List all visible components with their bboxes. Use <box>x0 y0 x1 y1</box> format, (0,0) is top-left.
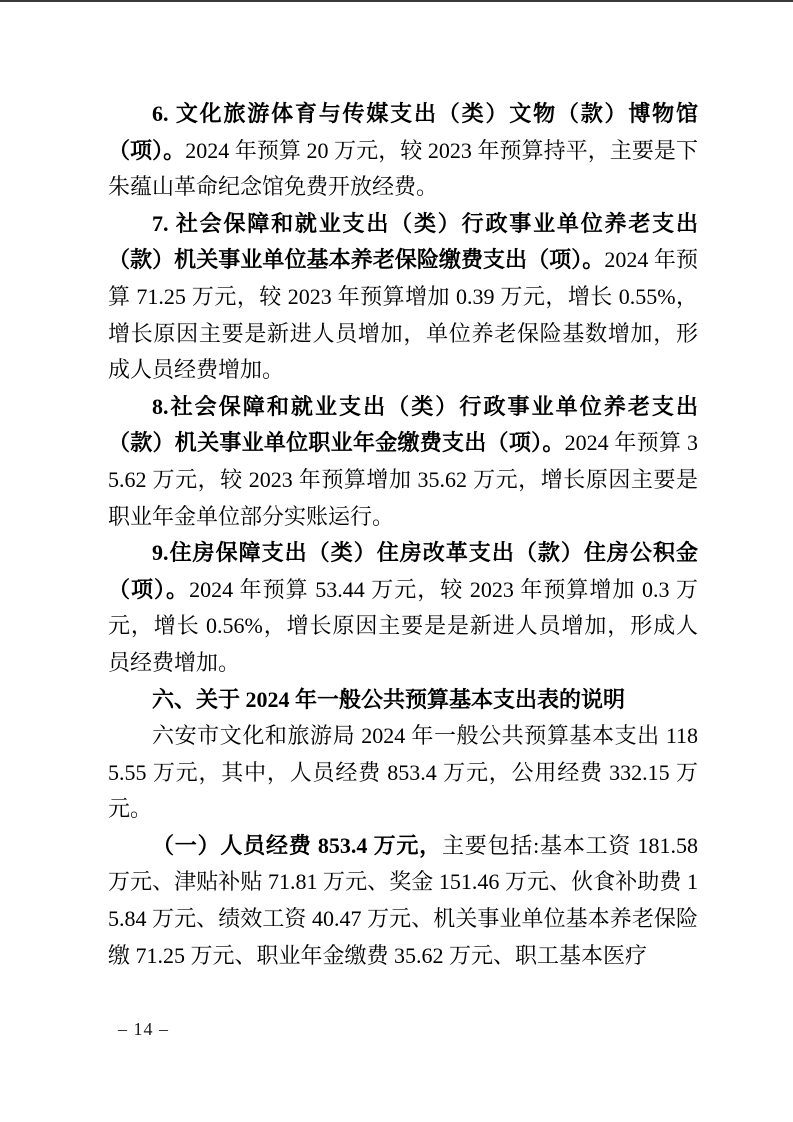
personnel-expense-heading: （一）人员经费 853.4 万元， <box>152 833 442 858</box>
document-body: 6. 文化旅游体育与传媒支出（类）文物（款）博物馆（项）。2024 年预算 20… <box>108 96 698 974</box>
basic-expenditure-intro-text: 六安市文化和旅游局 2024 年一般公共预算基本支出 1185.55 万元，其中… <box>108 723 698 821</box>
page-number: – 14 – <box>118 1018 169 1040</box>
section-heading-six-text: 六、关于 2024 年一般公共预算基本支出表的说明 <box>152 687 625 712</box>
page-top-border <box>0 0 793 2</box>
personnel-expense-detail: （一）人员经费 853.4 万元，主要包括:基本工资 181.58 万元、津贴补… <box>108 828 698 974</box>
section-heading-six: 六、关于 2024 年一般公共预算基本支出表的说明 <box>108 682 698 719</box>
budget-item-6: 6. 文化旅游体育与传媒支出（类）文物（款）博物馆（项）。2024 年预算 20… <box>108 96 698 206</box>
budget-item-8: 8.社会保障和就业支出（类）行政事业单位养老支出（款）机关事业单位职业年金缴费支… <box>108 389 698 535</box>
budget-item-9: 9.住房保障支出（类）住房改革支出（款）住房公积金（项）。2024 年预算 53… <box>108 535 698 681</box>
budget-item-9-text: 2024 年预算 53.44 万元，较 2023 年预算增加 0.3 万元，增长… <box>108 577 698 675</box>
basic-expenditure-intro: 六安市文化和旅游局 2024 年一般公共预算基本支出 1185.55 万元，其中… <box>108 718 698 828</box>
document-page: 6. 文化旅游体育与传媒支出（类）文物（款）博物馆（项）。2024 年预算 20… <box>0 0 793 1122</box>
budget-item-7: 7. 社会保障和就业支出（类）行政事业单位养老支出（款）机关事业单位基本养老保险… <box>108 206 698 389</box>
budget-item-6-text: 2024 年预算 20 万元，较 2023 年预算持平，主要是下朱蕴山革命纪念馆… <box>108 138 698 200</box>
